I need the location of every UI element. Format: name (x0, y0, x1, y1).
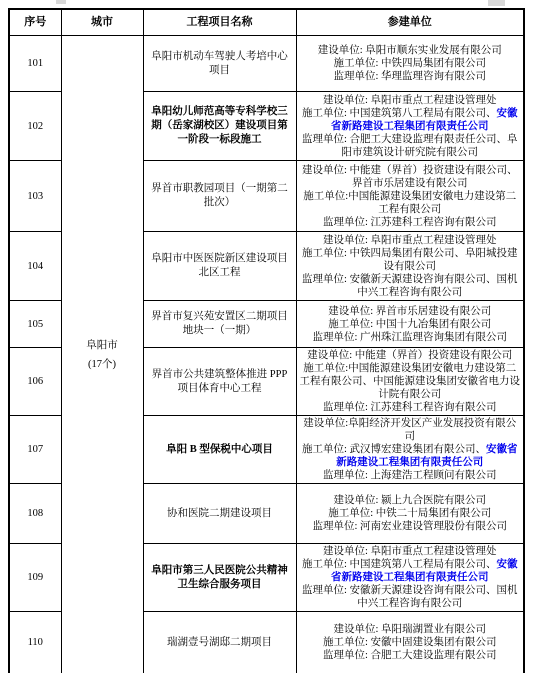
project-name-cell: 界首市复兴苑安置区二期项目地块一（一期） (143, 301, 296, 348)
unit-text: 建设单位:阜阳经济开发区产业发展投资有限公司 (303, 418, 516, 442)
project-name-cell: 协和医院二期建设项目 (143, 484, 296, 544)
unit-line: 施工单位: 中铁四局集团有限公司、阜阳城投建设有限公司 (300, 247, 521, 273)
document-page: { "page": { "background": "#ffffff", "hi… (0, 0, 540, 673)
participating-units-cell: 建设单位:阜阳经济开发区产业发展投资有限公司施工单位: 武汉博宏建设集团有限公司… (296, 416, 524, 484)
unit-line: 建设单位: 界首市乐居建设有限公司 (300, 305, 521, 318)
unit-line: 建设单位: 中能建（界首）投资建设有限公司、界首市乐居建设有限公司 (300, 164, 521, 190)
scan-artifact (488, 0, 505, 6)
participating-units-cell: 建设单位: 阜阳瑞湖置业有限公司施工单位: 安徽中固建设集团有限公司监理单位: … (296, 612, 524, 673)
serial-cell: 102 (9, 92, 61, 161)
project-name-cell: 阜阳市第三人民医院公共精神卫生综合服务项目 (143, 544, 296, 612)
unit-text: 施工单位:中国能源建设集团安徽电力建设第二工程有限公司 (303, 191, 516, 215)
serial-cell: 110 (9, 612, 61, 673)
unit-line: 建设单位: 阜阳市顺东实业发展有限公司 (300, 44, 521, 57)
city-count: (17个) (62, 355, 143, 374)
participating-units-cell: 建设单位: 中能建（界首）投资建设有限公司施工单位:中国能源建设集团安徽电力建设… (296, 348, 524, 416)
unit-line: 监理单位: 安徽新天源建设咨询有限公司、国机中兴工程咨询有限公司 (300, 273, 521, 299)
serial-cell: 108 (9, 484, 61, 544)
unit-text: 建设单位: 阜阳市重点工程建设管理处 (323, 546, 497, 557)
unit-text: 监理单位: 合肥工大建设监理有限责任公司、阜阳市建筑设计研究院有限公司 (302, 134, 518, 158)
serial-cell: 107 (9, 416, 61, 484)
unit-text: 建设单位: 中能建（界首）投资建设有限公司 (307, 350, 512, 361)
unit-line: 监理单位: 合肥工大建设监理有限责任公司、阜阳市建筑设计研究院有限公司 (300, 133, 521, 159)
unit-text: 施工单位: 中国建筑第八工程局有限公司、 (302, 559, 497, 570)
serial-cell: 106 (9, 348, 61, 416)
unit-line: 建设单位: 阜阳市重点工程建设管理处 (300, 545, 521, 558)
unit-text: 建设单位: 阜阳市重点工程建设管理处 (323, 235, 497, 246)
participating-units-cell: 建设单位: 颍上九合医院有限公司施工单位: 中铁二十局集团有限公司监理单位: 河… (296, 484, 524, 544)
unit-text: 建设单位: 阜阳市重点工程建设管理处 (323, 95, 497, 106)
unit-line: 建设单位: 中能建（界首）投资建设有限公司 (300, 349, 521, 362)
unit-line: 施工单位: 中国建筑第八工程局有限公司、安徽省新路建设工程集团有限责任公司 (300, 558, 521, 584)
project-name-cell: 阜阳市中医医院新区建设项目北区工程 (143, 232, 296, 301)
unit-line: 施工单位:中国能源建设集团安徽电力建设第二工程有限公司 (300, 190, 521, 216)
project-name-cell: 界首市职教园项目（一期第二批次） (143, 161, 296, 232)
column-header-1: 序号 (9, 9, 61, 36)
unit-text: 监理单位: 上海建浩工程顾问有限公司 (323, 470, 497, 481)
unit-text: 监理单位: 江苏建科工程咨询有限公司 (323, 217, 497, 228)
column-header-2: 城市 (61, 9, 143, 36)
unit-text: 建设单位: 阜阳市顺东实业发展有限公司 (318, 45, 502, 56)
unit-text: 施工单位: 武汉博宏建设集团有限公司、 (302, 444, 486, 455)
unit-line: 建设单位: 颍上九合医院有限公司 (300, 494, 521, 507)
unit-text: 监理单位: 广州珠江监理咨询集团有限公司 (312, 332, 507, 343)
unit-line: 监理单位: 上海建浩工程顾问有限公司 (300, 469, 521, 482)
unit-line: 建设单位:阜阳经济开发区产业发展投资有限公司 (300, 417, 521, 443)
unit-text: 施工单位: 中国十九冶集团有限公司 (328, 319, 491, 330)
project-name-cell: 瑞湖壹号湖邸二期项目 (143, 612, 296, 673)
serial-cell: 109 (9, 544, 61, 612)
unit-text: 建设单位: 中能建（界首）投资建设有限公司、界首市乐居建设有限公司 (302, 165, 518, 189)
unit-text: 建设单位: 颍上九合医院有限公司 (333, 495, 486, 506)
projects-table: 序号城市工程项目名称参建单位 101阜阳市(17个)阜阳市机动车驾驶人考培中心项… (8, 8, 525, 673)
table-row: 101阜阳市(17个)阜阳市机动车驾驶人考培中心项目建设单位: 阜阳市顺东实业发… (9, 36, 524, 92)
unit-line: 建设单位: 阜阳市重点工程建设管理处 (300, 94, 521, 107)
unit-text: 施工单位: 中铁四局集团有限公司、阜阳城投建设有限公司 (302, 248, 518, 272)
unit-text: 施工单位:中国能源建设集团安徽电力建设第二工程有限公司、中国能源建设集团安徽省电… (300, 363, 521, 400)
project-name-cell: 界首市公共建筑整体推进 PPP 项目体育中心工程 (143, 348, 296, 416)
unit-text: 监理单位: 华理监理咨询有限公司 (333, 71, 486, 82)
unit-text: 监理单位: 河南宏业建设管理股份有限公司 (312, 521, 507, 532)
column-header-4: 参建单位 (296, 9, 524, 36)
unit-text: 施工单位: 中铁四局集团有限公司 (333, 58, 486, 69)
unit-line: 施工单位: 中铁四局集团有限公司 (300, 57, 521, 70)
unit-line: 监理单位: 江苏建科工程咨询有限公司 (300, 216, 521, 229)
unit-text: 监理单位: 安徽新天源建设咨询有限公司、国机中兴工程咨询有限公司 (302, 274, 518, 298)
participating-units-cell: 建设单位: 阜阳市重点工程建设管理处施工单位: 中国建筑第八工程局有限公司、安徽… (296, 92, 524, 161)
unit-line: 监理单位: 广州珠江监理咨询集团有限公司 (300, 331, 521, 344)
unit-line: 建设单位: 阜阳瑞湖置业有限公司 (300, 623, 521, 636)
participating-units-cell: 建设单位: 中能建（界首）投资建设有限公司、界首市乐居建设有限公司施工单位:中国… (296, 161, 524, 232)
scan-artifact (56, 0, 66, 4)
unit-line: 施工单位: 武汉博宏建设集团有限公司、安徽省新路建设工程集团有限责任公司 (300, 443, 521, 469)
unit-line: 监理单位: 安徽新天源建设咨询有限公司、国机中兴工程咨询有限公司 (300, 584, 521, 610)
city-name: 阜阳市 (62, 336, 143, 355)
unit-text: 建设单位: 阜阳瑞湖置业有限公司 (333, 624, 486, 635)
serial-cell: 105 (9, 301, 61, 348)
unit-line: 建设单位: 阜阳市重点工程建设管理处 (300, 234, 521, 247)
unit-line: 施工单位: 中国建筑第八工程局有限公司、安徽省新路建设工程集团有限责任公司 (300, 107, 521, 133)
project-name-cell: 阜阳 B 型保税中心项目 (143, 416, 296, 484)
participating-units-cell: 建设单位: 阜阳市重点工程建设管理处施工单位: 中铁四局集团有限公司、阜阳城投建… (296, 232, 524, 301)
participating-units-cell: 建设单位: 阜阳市顺东实业发展有限公司施工单位: 中铁四局集团有限公司监理单位:… (296, 36, 524, 92)
unit-text: 建设单位: 界首市乐居建设有限公司 (328, 306, 491, 317)
unit-line: 监理单位: 华理监理咨询有限公司 (300, 70, 521, 83)
serial-cell: 103 (9, 161, 61, 232)
project-name-cell: 阜阳幼儿师范高等专科学校三期（岳家湖校区）建设项目第一阶段一标段施工 (143, 92, 296, 161)
unit-text: 监理单位: 合肥工大建设监理有限公司 (323, 650, 497, 661)
participating-units-cell: 建设单位: 阜阳市重点工程建设管理处施工单位: 中国建筑第八工程局有限公司、安徽… (296, 544, 524, 612)
serial-cell: 101 (9, 36, 61, 92)
unit-text: 监理单位: 安徽新天源建设咨询有限公司、国机中兴工程咨询有限公司 (302, 585, 518, 609)
table-header: 序号城市工程项目名称参建单位 (9, 9, 524, 36)
unit-text: 施工单位: 中国建筑第八工程局有限公司、 (302, 108, 497, 119)
unit-text: 施工单位: 中铁二十局集团有限公司 (328, 508, 491, 519)
serial-cell: 104 (9, 232, 61, 301)
table-body: 101阜阳市(17个)阜阳市机动车驾驶人考培中心项目建设单位: 阜阳市顺东实业发… (9, 36, 524, 673)
unit-line: 施工单位:中国能源建设集团安徽电力建设第二工程有限公司、中国能源建设集团安徽省电… (300, 362, 521, 401)
project-name-cell: 阜阳市机动车驾驶人考培中心项目 (143, 36, 296, 92)
unit-line: 施工单位: 中铁二十局集团有限公司 (300, 507, 521, 520)
unit-text: 施工单位: 安徽中固建设集团有限公司 (323, 637, 497, 648)
unit-line: 施工单位: 中国十九冶集团有限公司 (300, 318, 521, 331)
participating-units-cell: 建设单位: 界首市乐居建设有限公司施工单位: 中国十九冶集团有限公司监理单位: … (296, 301, 524, 348)
column-header-3: 工程项目名称 (143, 9, 296, 36)
header-row: 序号城市工程项目名称参建单位 (9, 9, 524, 36)
unit-line: 施工单位: 安徽中固建设集团有限公司 (300, 636, 521, 649)
unit-text: 监理单位: 江苏建科工程咨询有限公司 (323, 402, 497, 413)
city-cell: 阜阳市(17个) (61, 36, 143, 673)
unit-line: 监理单位: 合肥工大建设监理有限公司 (300, 649, 521, 662)
unit-line: 监理单位: 河南宏业建设管理股份有限公司 (300, 520, 521, 533)
unit-line: 监理单位: 江苏建科工程咨询有限公司 (300, 401, 521, 414)
